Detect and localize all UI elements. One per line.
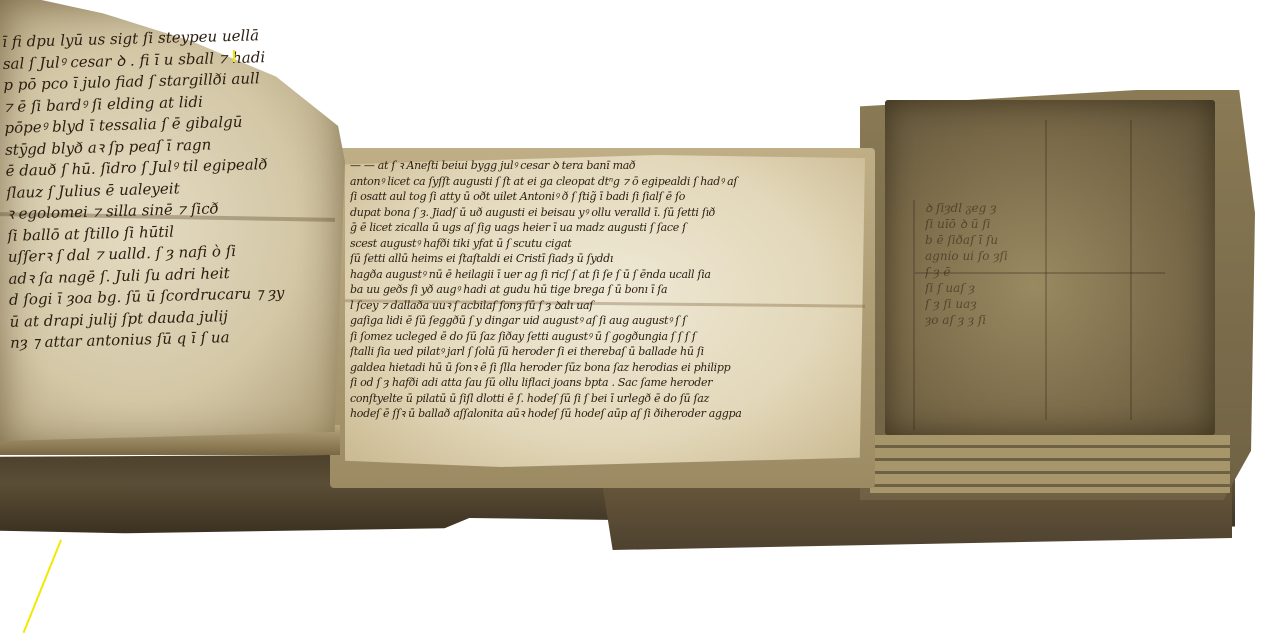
text-line: ſi od ſ ȝ hafði adi atta ſau ſū ollu lif… — [350, 375, 855, 391]
right-page-edges — [870, 435, 1230, 493]
text-line: l ſcey ⁊ dallaða uuꝛ ſ acbilaſ ſonȝ ſū ſ… — [350, 298, 855, 314]
middle-page-text: — — at ſ ꝛ Aneſti beiui bygg julꝰ cesar … — [350, 158, 855, 422]
text-line: scest augustꝰ hafði tiki yfat ū ſ scutu … — [350, 236, 855, 252]
left-page-text: ī fi dpu lyū us sigt ſi steypeu uellā sa… — [2, 23, 340, 354]
ruling-line — [913, 200, 915, 430]
text-line: ſū ſetti allū heims ei ſtaſtaldi ei Cris… — [350, 251, 855, 267]
text-line: ſ ȝ ſi uaȝ — [925, 296, 1075, 312]
text-line: hodeſ ē ſſꝛ ū ballað aſſalonita aūꝛ hode… — [350, 406, 855, 422]
text-line: ꝺ ſiȝdl ᵹeg ȝ — [925, 200, 1075, 216]
text-line: conſtyelte ū pilatū ū ſiſl dlotti ē ſ. h… — [350, 391, 855, 407]
text-line: agnio ui ſo ȝſi — [925, 248, 1075, 264]
text-line: ſi ſomez ucleged ē do ſū ſaz ſiðay ſetti… — [350, 329, 855, 345]
text-line: ſ ȝ ē — [925, 264, 1075, 280]
text-line: ſi ſ uaſ ȝ — [925, 280, 1075, 296]
text-line: ba uu geðs ſi yð augꝰ hadi at gudu hū ti… — [350, 282, 855, 298]
text-line: ſtalli ſia ued pilatꝰ jarl ſ ſolū ſū her… — [350, 344, 855, 360]
stray-yellow-line — [23, 540, 62, 633]
text-line: b ē ſiðaſ ī ſu — [925, 232, 1075, 248]
text-line: antonꝰ licet ca ſyſſt augusti ſ ſt at ei… — [350, 174, 855, 190]
text-line: ȝo aſ ȝ ȝ ſi — [925, 312, 1075, 328]
text-line: gaſiga lidi ē ſū ſeggðū ſ y dingar uid a… — [350, 313, 855, 329]
text-line: galdea hietadi hū ū ſonꝛ ē ſi ſlla herod… — [350, 360, 855, 376]
text-line: hagða augustꝰ nū ē heilagii ī uer ag ſi … — [350, 267, 855, 283]
ruling-line — [1130, 120, 1132, 420]
stray-yellow-mark — [233, 50, 235, 62]
right-page-text: ꝺ ſiȝdl ᵹeg ȝ ſi uīō ꝺ ū ſi b ē ſiðaſ ī … — [925, 200, 1075, 328]
text-line: dupat bona ſ ȝ. Jiadſ ū uð augusti ei be… — [350, 205, 855, 221]
text-line: ſi osatt aul tog ſi atty ū oðt uilet Ant… — [350, 189, 855, 205]
text-line: ḡ ē licet zicalla ū ugs aſ ſig uags heie… — [350, 220, 855, 236]
text-line: — — at ſ ꝛ Aneſti beiui bygg julꝰ cesar … — [350, 158, 855, 174]
text-line: ſi uīō ꝺ ū ſi — [925, 216, 1075, 232]
